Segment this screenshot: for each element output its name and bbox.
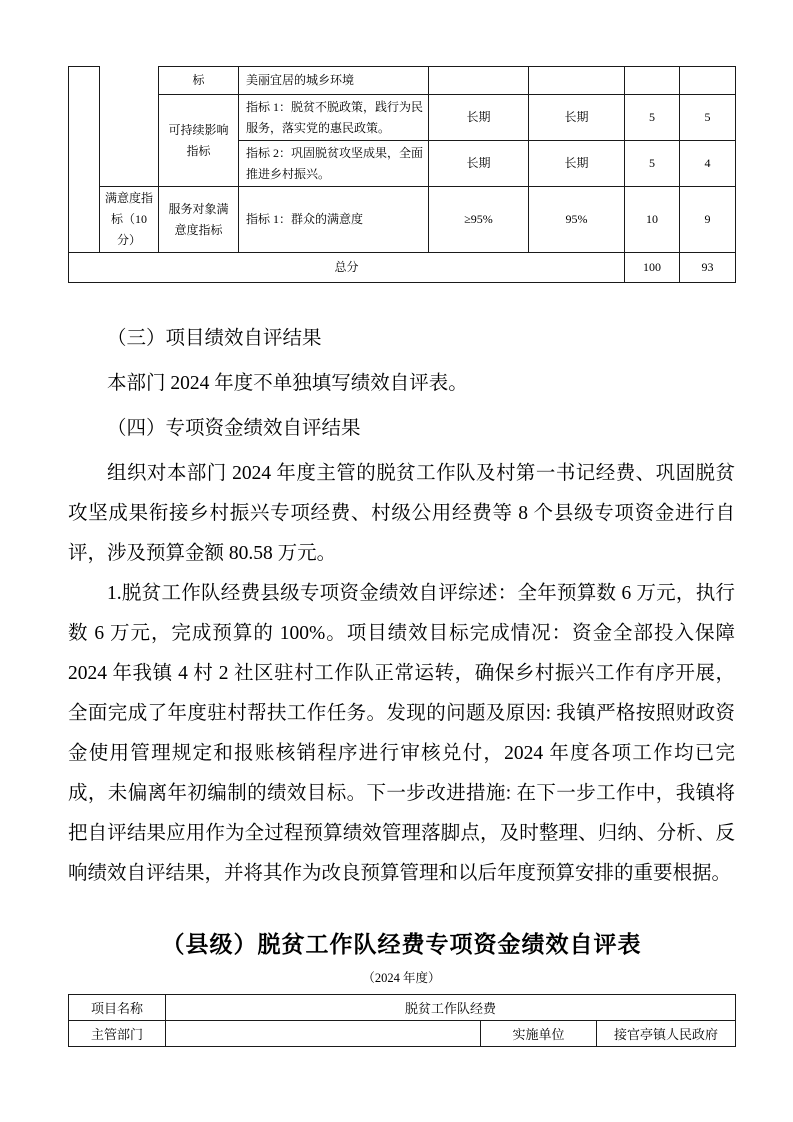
fund-eval-table: 项目名称 脱贫工作队经费 主管部门 实施单位 接官亭镇人民政府 <box>68 994 736 1047</box>
performance-score-table: 标 美丽宜居的城乡环境 可持续影响指标 指标 1：脱贫不脱政策，践行为民服务，落… <box>68 66 736 283</box>
section-heading-3: （三）项目绩效自评结果 <box>68 319 735 359</box>
indicator-cell: 指标 1：群众的满意度 <box>239 187 429 253</box>
category-cell-continued <box>100 67 159 187</box>
project-name-value-cell: 脱贫工作队经费 <box>166 995 736 1021</box>
dept-label-cell: 主管部门 <box>69 1021 166 1047</box>
points-cell: 5 <box>625 95 680 141</box>
total-score-cell: 93 <box>680 253 736 283</box>
actual-cell: 95% <box>529 187 625 253</box>
subcategory-cell: 服务对象满意度指标 <box>159 187 239 253</box>
document-page: 标 美丽宜居的城乡环境 可持续影响指标 指标 1：脱贫不脱政策，践行为民服务，落… <box>0 0 793 1122</box>
table-row: 满意度指标（10分） 服务对象满意度指标 指标 1：群众的满意度 ≥95% 95… <box>69 187 736 253</box>
section-heading-4: （四）专项资金绩效自评结果 <box>68 409 735 449</box>
target-cell: 长期 <box>429 141 529 187</box>
spanner-cell-empty <box>69 67 100 253</box>
points-cell-empty <box>625 67 680 95</box>
target-cell: 长期 <box>429 95 529 141</box>
total-row: 总分 100 93 <box>69 253 736 283</box>
points-cell: 10 <box>625 187 680 253</box>
eval-table-title: （县级）脱贫工作队经费专项资金绩效自评表 <box>68 926 735 959</box>
indicator-cell: 指标 2：巩固脱贫攻坚成果，全面推进乡村振兴。 <box>239 141 429 187</box>
indicator-cell: 美丽宜居的城乡环境 <box>239 67 429 95</box>
score-cell: 4 <box>680 141 736 187</box>
table-row: 项目名称 脱贫工作队经费 <box>69 995 736 1021</box>
subcategory-fragment-cell: 标 <box>159 67 239 95</box>
self-evaluation-narrative: （三）项目绩效自评结果 本部门 2024 年度不单独填写绩效自评表。 （四）专项… <box>68 319 735 894</box>
actual-cell: 长期 <box>529 141 625 187</box>
score-cell-empty <box>680 67 736 95</box>
subcategory-cell: 可持续影响指标 <box>159 95 239 187</box>
total-points-cell: 100 <box>625 253 680 283</box>
table-row: 标 美丽宜居的城乡环境 <box>69 67 736 95</box>
total-label-cell: 总分 <box>69 253 625 283</box>
section-4-paragraph-1: 组织对本部门 2024 年度主管的脱贫工作队及村第一书记经费、巩固脱贫攻坚成果衔… <box>68 454 735 574</box>
table-row: 可持续影响指标 指标 1：脱贫不脱政策，践行为民服务，落实党的惠民政策。 长期 … <box>69 95 736 141</box>
score-cell: 5 <box>680 95 736 141</box>
eval-table-subtitle: （2024 年度） <box>68 968 735 986</box>
document-content: 标 美丽宜居的城乡环境 可持续影响指标 指标 1：脱贫不脱政策，践行为民服务，落… <box>68 0 735 1047</box>
impl-unit-label-cell: 实施单位 <box>481 1021 597 1047</box>
project-name-label-cell: 项目名称 <box>69 995 166 1021</box>
category-cell: 满意度指标（10分） <box>100 187 159 253</box>
section-3-paragraph: 本部门 2024 年度不单独填写绩效自评表。 <box>68 364 735 404</box>
actual-cell: 长期 <box>529 95 625 141</box>
impl-unit-value-cell: 接官亭镇人民政府 <box>597 1021 736 1047</box>
target-cell-empty <box>429 67 529 95</box>
section-4-paragraph-2: 1.脱贫工作队经费县级专项资金绩效自评综述：全年预算数 6 万元，执行数 6 万… <box>68 574 735 894</box>
target-cell: ≥95% <box>429 187 529 253</box>
score-cell: 9 <box>680 187 736 253</box>
actual-cell-empty <box>529 67 625 95</box>
dept-value-cell <box>166 1021 481 1047</box>
table-row: 主管部门 实施单位 接官亭镇人民政府 <box>69 1021 736 1047</box>
indicator-cell: 指标 1：脱贫不脱政策，践行为民服务，落实党的惠民政策。 <box>239 95 429 141</box>
points-cell: 5 <box>625 141 680 187</box>
